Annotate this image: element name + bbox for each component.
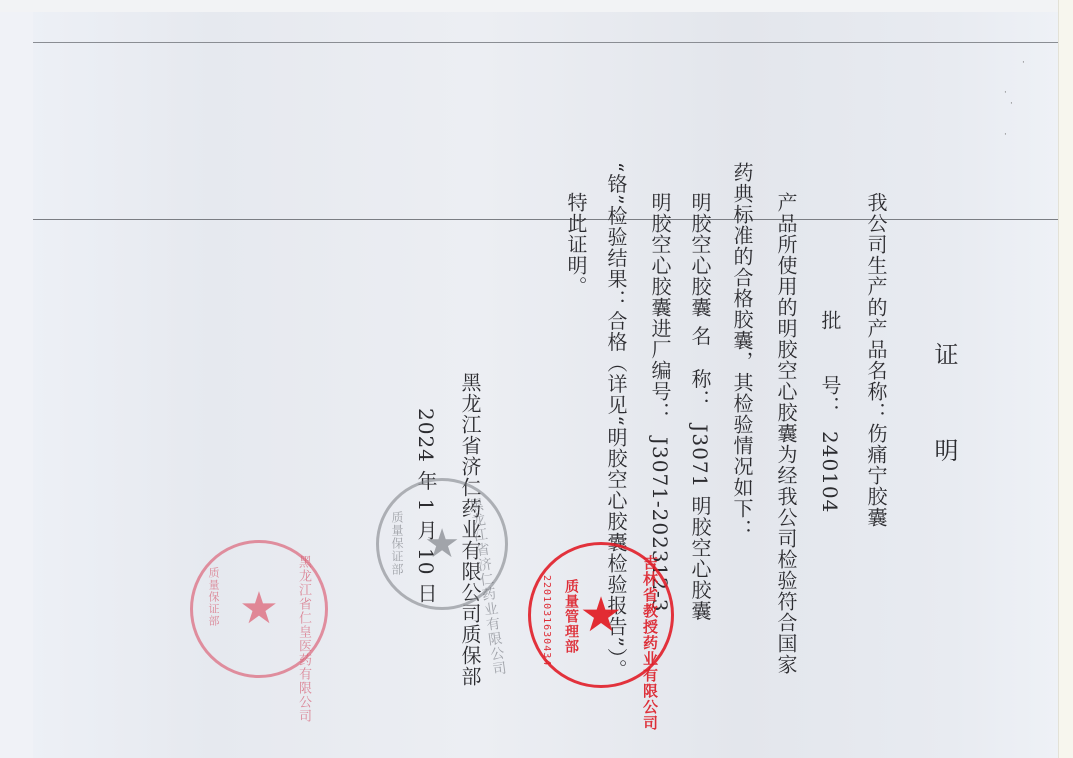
company-seal-pink: 黑龙江省仁皇医药有限公司 ★ 质量保证部 [190,540,328,678]
capsule-name-label-suffix: 称： [688,368,712,410]
seal-inner-text: 质量管理部 [561,579,581,654]
scan-left-margin [0,12,33,758]
seal-outer-text: 黑龙江省仁皇医药有限公司 [294,555,313,723]
batch-label: 批 [818,310,842,331]
intake-number-line: 明胶空心胶囊进厂编号：J3071-202312-3 [650,192,670,613]
company-seal-grey: 黑龙江省济仁药业有限公司 ★ 质量保证部 [376,478,508,610]
paper-edge [1058,0,1073,758]
capsule-name-line: 明胶空心胶囊 名称：J3071 明胶空心胶囊 [690,192,710,622]
scan-speck: · [1004,130,1007,140]
scan-speck: · [1004,88,1007,98]
capsule-name-label: 明胶空心胶囊 名 [688,192,712,346]
scan-speck: · [1010,99,1013,109]
capsule-name-value: J3071 明胶空心胶囊 [688,424,712,621]
product-name-value: 伤痛宁胶囊 [864,423,888,528]
seal-inner-text: 质量保证部 [389,511,406,576]
seal-inner-text: 质量保证部 [205,567,221,627]
batch-label-suffix: 号： [818,375,842,417]
batch-value: 240104 [818,431,842,513]
fold-line-middle [33,219,1058,220]
statement-line-1: 产品所使用的明胶空心胶囊为经我公司检验符合国家 [776,192,796,675]
fold-line-top [33,42,1058,43]
scan-top-margin [0,0,1058,12]
seal-outer-text: 吉林省教授药业有限公司 [640,555,661,731]
title-char: 明 [932,438,956,462]
title-char: 证 [932,342,956,366]
product-name-line: 我公司生产的产品名称：伤痛宁胶囊 [866,192,886,528]
intake-number-label: 明胶空心胶囊进厂编号： [648,192,672,423]
star-icon: ★ [579,591,622,639]
document-title: 证明 [932,342,956,462]
seal-code: 2201031630434 [541,575,552,666]
product-name-label: 我公司生产的产品名称： [864,192,888,423]
scanned-page [0,0,1058,758]
star-icon: ★ [424,524,460,564]
statement-line-2: 药典标准的合格胶囊，其检验情况如下： [732,162,752,540]
scan-speck: · [1022,58,1025,68]
company-seal-red: 吉林省教授药业有限公司 ★ 质量管理部 2201031630434 [528,542,674,688]
star-icon: ★ [239,587,278,631]
closing-statement: 特此证明。 [566,192,586,297]
batch-number-line: 批号：240104 [820,310,840,513]
